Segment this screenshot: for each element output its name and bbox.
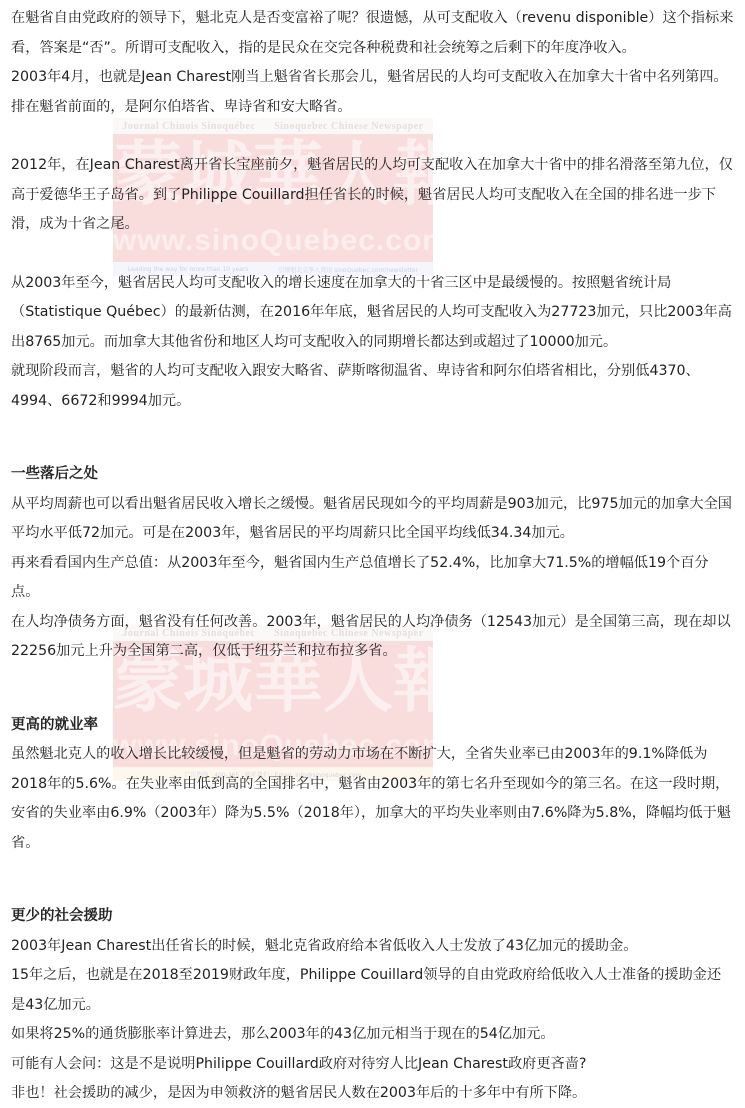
article-body: 在魁省自由党政府的领导下，魁北克人是否变富裕了呢？很遗憾，从可支配收入（reve… [0,0,745,1108]
spacer [11,858,735,902]
paragraph: 虽然魁北克人的收入增长比较缓慢，但是魁省的劳动力市场在不断扩大，全省失业率已由2… [11,740,735,858]
paragraph: 在魁省自由党政府的领导下，魁北克人是否变富裕了呢？很遗憾，从可支配收入（reve… [11,4,735,63]
spacer [11,240,735,269]
paragraph: 在人均净债务方面，魁省没有任何改善。2003年，魁省居民的人均净债务（12543… [11,608,735,667]
spacer [11,122,735,151]
section-heading: 更高的就业率 [11,711,735,741]
paragraph: 再来看看国内生产总值：从2003年至今，魁省国内生产总值增长了52.4%，比加拿… [11,549,735,608]
paragraph: 2003年4月，也就是Jean Charest刚当上魁省省长那会儿，魁省居民的人… [11,63,735,122]
paragraph: 可能有人会问：这是不是说明Philippe Couillard政府对待穷人比Je… [11,1050,735,1080]
paragraph: 从2003年至今，魁省居民人均可支配收入的增长速度在加拿大的十省三区中是最缓慢的… [11,269,735,358]
paragraph: 2003年Jean Charest出任省长的时候，魁北克省政府给本省低收入人士发… [11,932,735,962]
paragraph: 2012年，在Jean Charest离开省长宝座前夕，魁省居民的人均可支配收入… [11,151,735,240]
paragraph: 从平均周薪也可以看出魁省居民收入增长之缓慢。魁省居民现如今的平均周薪是903加元… [11,490,735,549]
spacer [11,667,735,711]
paragraph: 就现阶段而言，魁省的人均可支配收入跟安大略省、萨斯喀彻温省、卑诗省和阿尔伯塔省相… [11,357,735,416]
paragraph: 15年之后，也就是在2018至2019财政年度，Philippe Couilla… [11,961,735,1020]
section-heading: 一些落后之处 [11,460,735,490]
paragraph: 如果将25%的通货膨胀率计算进去，那么2003年的43亿加元相当于现在的54亿加… [11,1020,735,1050]
spacer [11,416,735,460]
section-heading: 更少的社会援助 [11,902,735,932]
paragraph: 非也！社会援助的减少，是因为申领救济的魁省居民人数在2003年后的十多年中有所下… [11,1079,735,1108]
